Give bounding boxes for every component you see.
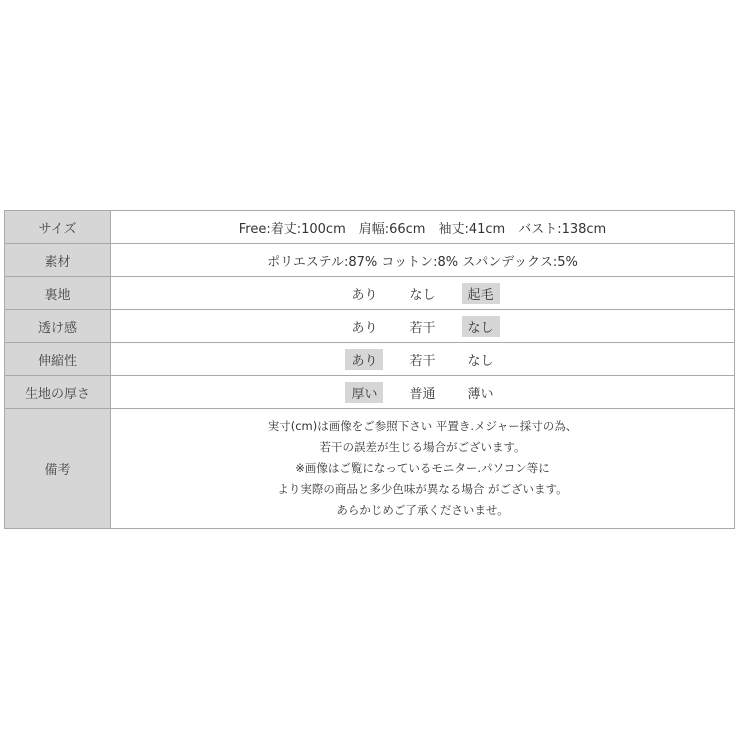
- note-line: 若干の誤差が生じる場合がございます。: [111, 437, 734, 458]
- label-stretch: 伸縮性: [5, 343, 111, 376]
- options-thickness: 厚い 普通 薄い: [111, 376, 735, 409]
- label-material: 素材: [5, 244, 111, 277]
- option-lining-kimo-selected: 起毛: [462, 283, 500, 304]
- option-sheer-ari: あり: [345, 316, 383, 337]
- row-size: サイズ Free:着丈:100cm 肩幅:66cm 袖丈:41cm バスト:13…: [5, 211, 735, 244]
- row-sheerness: 透け感 あり 若干 なし: [5, 310, 735, 343]
- row-stretch: 伸縮性 あり 若干 なし: [5, 343, 735, 376]
- label-lining: 裏地: [5, 277, 111, 310]
- options-lining: あり なし 起毛: [111, 277, 735, 310]
- label-thickness: 生地の厚さ: [5, 376, 111, 409]
- value-size: Free:着丈:100cm 肩幅:66cm 袖丈:41cm バスト:138cm: [111, 211, 735, 244]
- option-lining-nashi: なし: [403, 283, 441, 304]
- option-sheer-nashi-selected: なし: [462, 316, 500, 337]
- note-line: 実寸(cm)は画像をご参照下さい 平置き.メジャー採寸の為、: [111, 416, 734, 437]
- option-thick-selected: 厚い: [345, 382, 383, 403]
- option-stretch-nashi: なし: [462, 349, 500, 370]
- option-stretch-jakkan: 若干: [403, 349, 441, 370]
- value-material: ポリエステル:87% コットン:8% スパンデックス:5%: [111, 244, 735, 277]
- row-notes: 備考 実寸(cm)は画像をご参照下さい 平置き.メジャー採寸の為、 若干の誤差が…: [5, 409, 735, 529]
- note-line: あらかじめご了承くださいませ。: [111, 500, 734, 521]
- options-sheerness: あり 若干 なし: [111, 310, 735, 343]
- product-spec-table: サイズ Free:着丈:100cm 肩幅:66cm 袖丈:41cm バスト:13…: [4, 210, 735, 529]
- label-notes: 備考: [5, 409, 111, 529]
- options-stretch: あり 若干 なし: [111, 343, 735, 376]
- option-sheer-jakkan: 若干: [403, 316, 441, 337]
- note-line: ※画像はご覧になっているモニター.パソコン等に: [111, 458, 734, 479]
- label-sheerness: 透け感: [5, 310, 111, 343]
- option-stretch-ari-selected: あり: [345, 349, 383, 370]
- notes-text: 実寸(cm)は画像をご参照下さい 平置き.メジャー採寸の為、 若干の誤差が生じる…: [111, 409, 735, 529]
- row-material: 素材 ポリエステル:87% コットン:8% スパンデックス:5%: [5, 244, 735, 277]
- row-lining: 裏地 あり なし 起毛: [5, 277, 735, 310]
- note-line: より実際の商品と多少色味が異なる場合 がございます。: [111, 479, 734, 500]
- label-size: サイズ: [5, 211, 111, 244]
- option-thin: 薄い: [462, 382, 500, 403]
- option-normal: 普通: [403, 382, 441, 403]
- row-thickness: 生地の厚さ 厚い 普通 薄い: [5, 376, 735, 409]
- option-lining-ari: あり: [345, 283, 383, 304]
